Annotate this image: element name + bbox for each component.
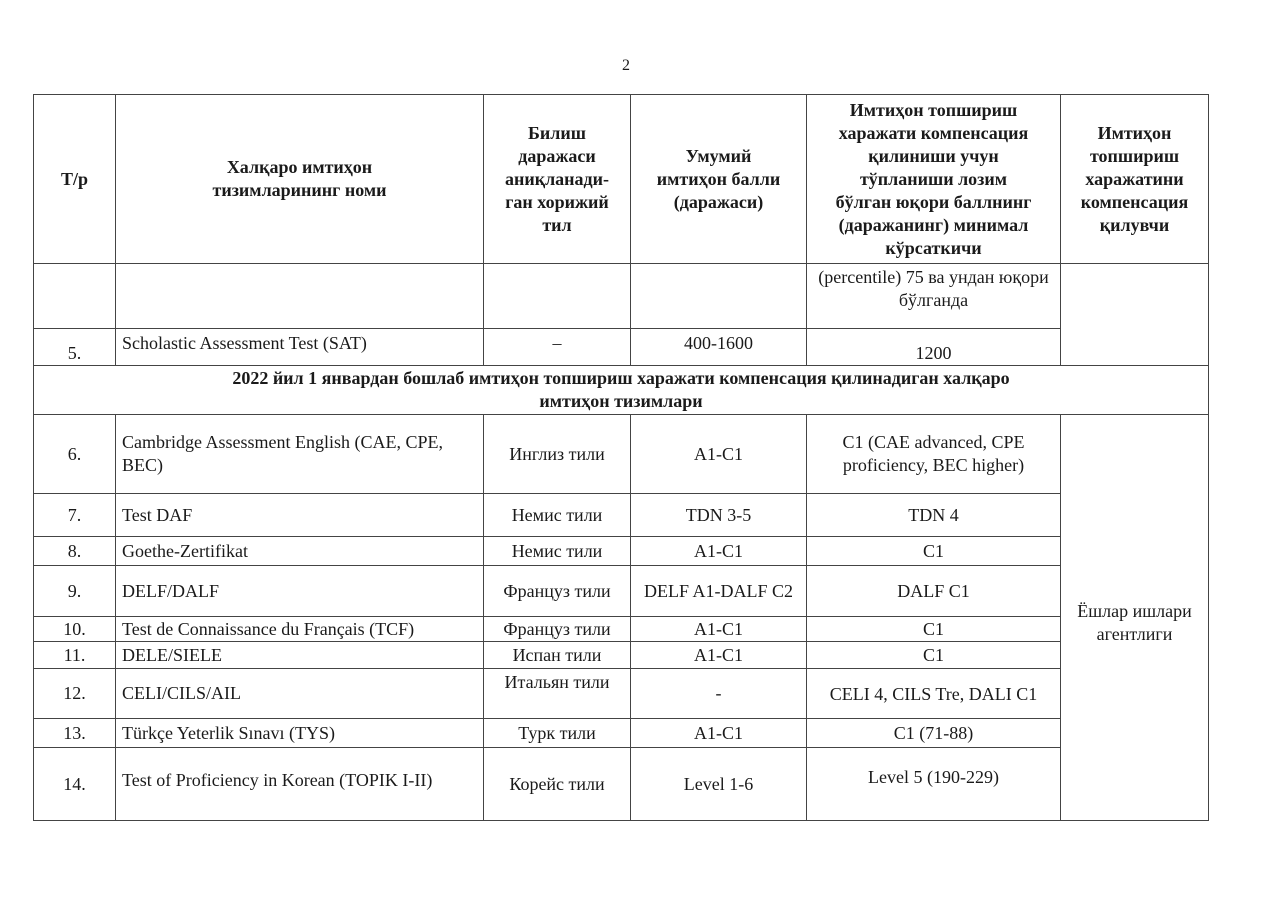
cell-min-score: 1200: [807, 329, 1061, 366]
cell-language: Немис тили: [484, 494, 631, 537]
cell-score: A1-C1: [631, 719, 807, 748]
header-language: Билишдаражасианиқланади-ган хорижийтил: [484, 95, 631, 264]
section-row: 2022 йил 1 январдан бошлаб имтиҳон топши…: [34, 366, 1209, 415]
cell-language: Француз тили: [484, 617, 631, 642]
cell-language: Корейс тили: [484, 748, 631, 821]
cell-min-score: CELI 4, CILS Tre, DALI C1: [807, 669, 1061, 719]
table-row: 7. Test DAF Немис тили TDN 3-5 TDN 4: [34, 494, 1209, 537]
cell-score: A1-C1: [631, 642, 807, 669]
cell-language: Испан тили: [484, 642, 631, 669]
cell-number: 14.: [34, 748, 116, 821]
cell-exam-name: DELE/SIELE: [116, 642, 484, 669]
table-row: 8. Goethe-Zertifikat Немис тили A1-C1 C1: [34, 537, 1209, 566]
cell-language: Турк тили: [484, 719, 631, 748]
header-number: Т/р: [34, 95, 116, 264]
cell-exam-name: Goethe-Zertifikat: [116, 537, 484, 566]
cell-exam-name: Scholastic Assessment Test (SAT): [116, 329, 484, 366]
cell-score: -: [631, 669, 807, 719]
cell-min-score: TDN 4: [807, 494, 1061, 537]
cell-score: Level 1-6: [631, 748, 807, 821]
exam-systems-table: Т/р Халқаро имтиҳонтизимларининг номи Би…: [33, 94, 1209, 821]
cell-language: Инглиз тили: [484, 415, 631, 494]
cell-number: 12.: [34, 669, 116, 719]
cell-exam-name: Test de Connaissance du Français (TCF): [116, 617, 484, 642]
header-exam-name: Халқаро имтиҳонтизимларининг номи: [116, 95, 484, 264]
cell-exam-name: DELF/DALF: [116, 566, 484, 617]
table-row: 10. Test de Connaissance du Français (TC…: [34, 617, 1209, 642]
header-min-score: Имтиҳон топширишхаражати компенсацияқили…: [807, 95, 1061, 264]
cell-number: 11.: [34, 642, 116, 669]
cell-score: A1-C1: [631, 617, 807, 642]
cell-min-score: C1: [807, 617, 1061, 642]
cell-min-score: C1: [807, 537, 1061, 566]
table-header-row: Т/р Халқаро имтиҳонтизимларининг номи Би…: [34, 95, 1209, 264]
cell-exam-name: Türkçe Yeterlik Sınavı (TYS): [116, 719, 484, 748]
cell-min-score: (percentile) 75 ва ундан юқори бўлганда: [807, 264, 1061, 329]
cell-number: 8.: [34, 537, 116, 566]
table-row: 12. CELI/CILS/AIL Итальян тили - CELI 4,…: [34, 669, 1209, 719]
cell-compensator: Ёшлар ишлари агентлиги: [1061, 415, 1209, 821]
cell-number: 13.: [34, 719, 116, 748]
cell-score: A1-C1: [631, 537, 807, 566]
cell-score: A1-C1: [631, 415, 807, 494]
table-row-continuation: (percentile) 75 ва ундан юқори бўлганда: [34, 264, 1209, 329]
header-compensator: Имтиҳонтопширишхаражатиникомпенсацияқилу…: [1061, 95, 1209, 264]
cell-language: –: [484, 329, 631, 366]
cell-exam-name: CELI/CILS/AIL: [116, 669, 484, 719]
table-row: 14. Test of Proficiency in Korean (TOPIK…: [34, 748, 1209, 821]
cell-score: [631, 264, 807, 329]
cell-exam-name: Test of Proficiency in Korean (TOPIK I-I…: [116, 748, 484, 821]
section-title: 2022 йил 1 январдан бошлаб имтиҳон топши…: [34, 366, 1209, 415]
cell-language: Немис тили: [484, 537, 631, 566]
table-row: 6. Cambridge Assessment English (CAE, CP…: [34, 415, 1209, 494]
cell-min-score: C1 (71-88): [807, 719, 1061, 748]
cell-exam-name: Cambridge Assessment English (CAE, CPE, …: [116, 415, 484, 494]
cell-language: Француз тили: [484, 566, 631, 617]
page-number: 2: [0, 57, 1252, 75]
cell-number: 5.: [34, 329, 116, 366]
cell-number: 6.: [34, 415, 116, 494]
cell-compensator-empty: [1061, 264, 1209, 366]
table-row: 5. Scholastic Assessment Test (SAT) – 40…: [34, 329, 1209, 366]
cell-exam-name: [116, 264, 484, 329]
header-total-score: Умумийимтиҳон балли(даражаси): [631, 95, 807, 264]
table-row: 9. DELF/DALF Француз тили DELF A1-DALF C…: [34, 566, 1209, 617]
cell-number: 7.: [34, 494, 116, 537]
cell-min-score: DALF C1: [807, 566, 1061, 617]
cell-language: Итальян тили: [484, 669, 631, 719]
cell-min-score: C1 (CAE advanced, CPE proficiency, BEC h…: [807, 415, 1061, 494]
cell-score: DELF A1-DALF C2: [631, 566, 807, 617]
table-row: 13. Türkçe Yeterlik Sınavı (TYS) Турк ти…: [34, 719, 1209, 748]
table-row: 11. DELE/SIELE Испан тили A1-C1 C1: [34, 642, 1209, 669]
cell-min-score: Level 5 (190-229): [807, 748, 1061, 821]
cell-language: [484, 264, 631, 329]
cell-exam-name: Test DAF: [116, 494, 484, 537]
cell-number: 9.: [34, 566, 116, 617]
cell-score: TDN 3-5: [631, 494, 807, 537]
cell-number: [34, 264, 116, 329]
cell-number: 10.: [34, 617, 116, 642]
cell-score: 400-1600: [631, 329, 807, 366]
cell-min-score: C1: [807, 642, 1061, 669]
